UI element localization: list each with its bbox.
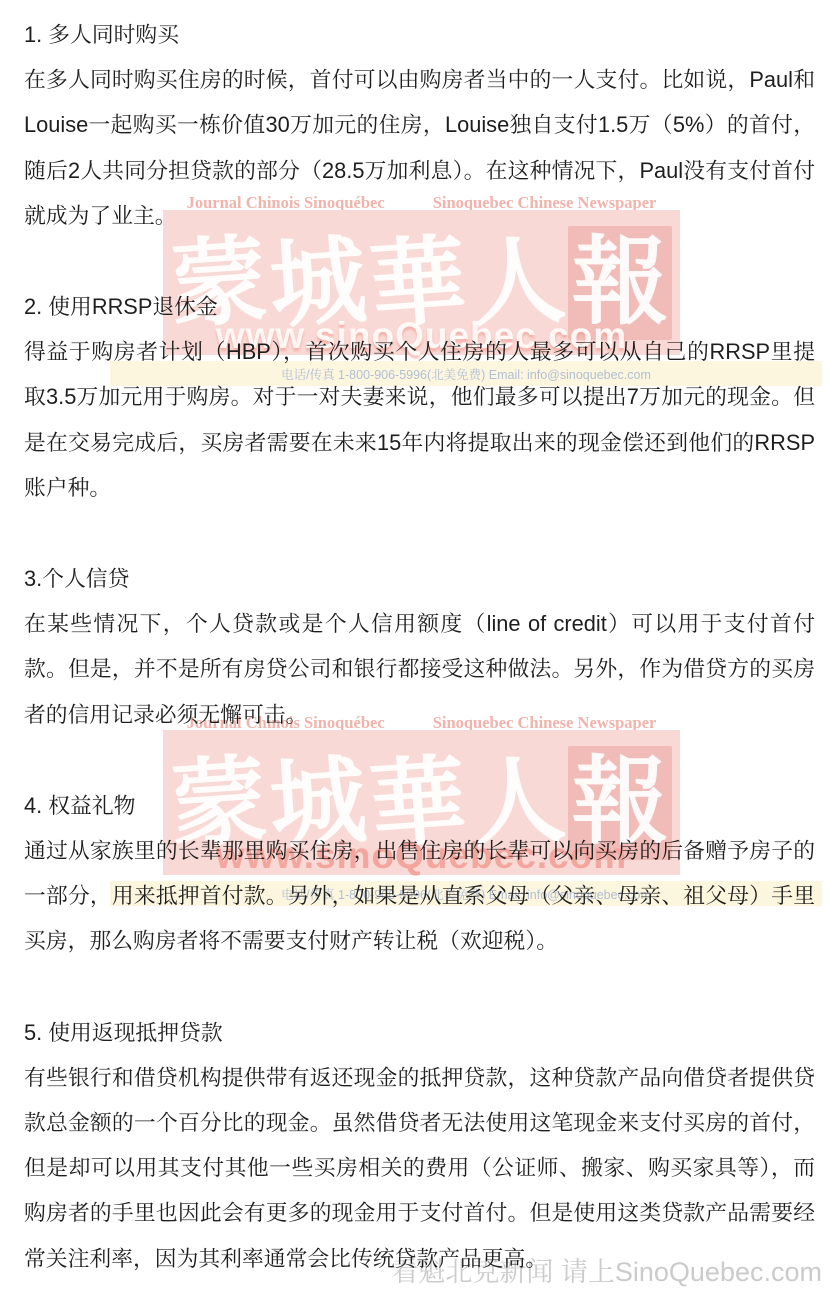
section-4-paragraph: 通过从家族里的长辈那里购买住房，出售住房的长辈可以向买房的后备赠予房子的一部分，…: [24, 828, 815, 964]
article-body: 1. 多人同时购买 在多人同时购买住房的时候，首付可以由购房者当中的一人支付。比…: [0, 0, 838, 1290]
section-5-heading: 5. 使用返现抵押贷款: [24, 1010, 815, 1055]
section-3-paragraph: 在某些情况下，个人贷款或是个人信用额度（line of credit）可以用于支…: [24, 601, 815, 737]
section-1-heading: 1. 多人同时购买: [24, 12, 815, 57]
section-2-heading: 2. 使用RRSP退休金: [24, 284, 815, 329]
section-2-paragraph: 得益于购房者计划（HBP），首次购买个人住房的人最多可以从自己的RRSP里提取3…: [24, 329, 815, 510]
section-4-heading: 4. 权益礼物: [24, 783, 815, 828]
section-5-paragraph: 有些银行和借贷机构提供带有返还现金的抵押贷款，这种贷款产品向借贷者提供贷款总金额…: [24, 1055, 815, 1281]
article-page: Journal Chinois Sinoquébec Sinoquebec Ch…: [0, 0, 838, 1290]
section-3-heading: 3.个人信贷: [24, 556, 815, 601]
section-1-paragraph: 在多人同时购买住房的时候，首付可以由购房者当中的一人支付。比如说，Paul和Lo…: [24, 57, 815, 238]
